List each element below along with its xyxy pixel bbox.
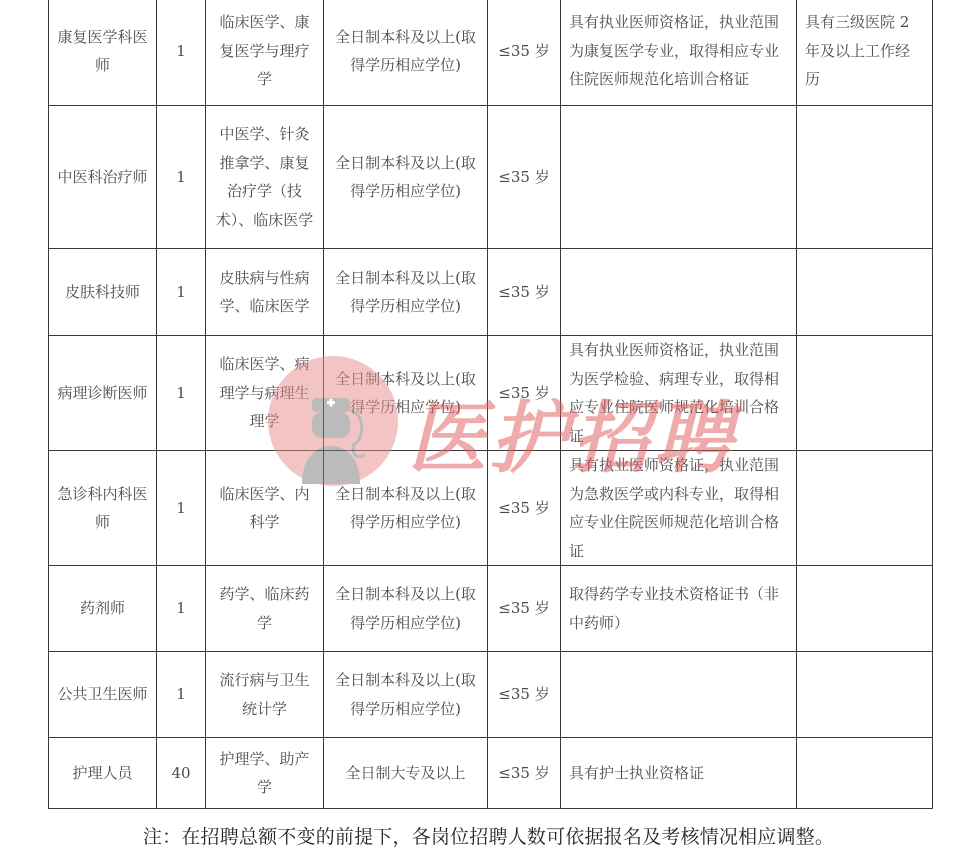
count-cell: 1 bbox=[157, 652, 206, 738]
other-cell bbox=[797, 451, 933, 566]
education-cell: 全日制本科及以上(取得学历相应学位) bbox=[324, 652, 488, 738]
major-cell: 临床医学、病理学与病理生理学 bbox=[206, 336, 324, 451]
age-cell: ≤35 岁 bbox=[488, 0, 561, 106]
position-cell: 康复医学科医师 bbox=[49, 0, 157, 106]
recruitment-document: 康复医学科医师 1 临床医学、康复医学与理疗学 全日制本科及以上(取得学历相应学… bbox=[0, 0, 977, 860]
count-cell: 40 bbox=[157, 738, 206, 809]
education-cell: 全日制本科及以上(取得学历相应学位) bbox=[324, 451, 488, 566]
other-cell bbox=[797, 249, 933, 336]
major-cell: 临床医学、康复医学与理疗学 bbox=[206, 0, 324, 106]
requirements-cell: 具有执业医师资格证，执业范围为康复医学专业，取得相应专业住院医师规范化培训合格证 bbox=[561, 0, 797, 106]
position-cell: 中医科治疗师 bbox=[49, 106, 157, 249]
requirements-cell: 具有执业医师资格证，执业范围为急救医学或内科专业，取得相应专业住院医师规范化培训… bbox=[561, 451, 797, 566]
major-cell: 护理学、助产学 bbox=[206, 738, 324, 809]
table-row: 急诊科内科医师 1 临床医学、内科学 全日制本科及以上(取得学历相应学位) ≤3… bbox=[49, 451, 933, 566]
age-cell: ≤35 岁 bbox=[488, 336, 561, 451]
age-cell: ≤35 岁 bbox=[488, 249, 561, 336]
position-cell: 急诊科内科医师 bbox=[49, 451, 157, 566]
education-cell: 全日制本科及以上(取得学历相应学位) bbox=[324, 336, 488, 451]
major-cell: 药学、临床药学 bbox=[206, 566, 324, 652]
other-cell bbox=[797, 106, 933, 249]
education-cell: 全日制本科及以上(取得学历相应学位) bbox=[324, 249, 488, 336]
requirements-cell bbox=[561, 106, 797, 249]
position-cell: 皮肤科技师 bbox=[49, 249, 157, 336]
education-cell: 全日制大专及以上 bbox=[324, 738, 488, 809]
requirements-cell bbox=[561, 652, 797, 738]
education-cell: 全日制本科及以上(取得学历相应学位) bbox=[324, 0, 488, 106]
position-cell: 病理诊断医师 bbox=[49, 336, 157, 451]
count-cell: 1 bbox=[157, 249, 206, 336]
table-row: 护理人员 40 护理学、助产学 全日制大专及以上 ≤35 岁 具有护士执业资格证 bbox=[49, 738, 933, 809]
major-cell: 皮肤病与性病学、临床医学 bbox=[206, 249, 324, 336]
age-cell: ≤35 岁 bbox=[488, 738, 561, 809]
major-cell: 临床医学、内科学 bbox=[206, 451, 324, 566]
major-cell: 中医学、针灸推拿学、康复治疗学（技术）、临床医学 bbox=[206, 106, 324, 249]
table-row: 康复医学科医师 1 临床医学、康复医学与理疗学 全日制本科及以上(取得学历相应学… bbox=[49, 0, 933, 106]
age-cell: ≤35 岁 bbox=[488, 652, 561, 738]
count-cell: 1 bbox=[157, 0, 206, 106]
count-cell: 1 bbox=[157, 106, 206, 249]
age-cell: ≤35 岁 bbox=[488, 106, 561, 249]
major-cell: 流行病与卫生统计学 bbox=[206, 652, 324, 738]
age-cell: ≤35 岁 bbox=[488, 566, 561, 652]
education-cell: 全日制本科及以上(取得学历相应学位) bbox=[324, 106, 488, 249]
requirements-cell: 取得药学专业技术资格证书（非中药师） bbox=[561, 566, 797, 652]
count-cell: 1 bbox=[157, 336, 206, 451]
table-row: 病理诊断医师 1 临床医学、病理学与病理生理学 全日制本科及以上(取得学历相应学… bbox=[49, 336, 933, 451]
requirements-cell bbox=[561, 249, 797, 336]
requirements-cell: 具有护士执业资格证 bbox=[561, 738, 797, 809]
other-cell bbox=[797, 652, 933, 738]
footnote: 注：在招聘总额不变的前提下，各岗位招聘人数可依据报名及考核情况相应调整。 bbox=[0, 822, 977, 849]
position-cell: 护理人员 bbox=[49, 738, 157, 809]
requirements-cell: 具有执业医师资格证，执业范围为医学检验、病理专业，取得相应专业住院医师规范化培训… bbox=[561, 336, 797, 451]
count-cell: 1 bbox=[157, 451, 206, 566]
position-cell: 公共卫生医师 bbox=[49, 652, 157, 738]
table-row: 药剂师 1 药学、临床药学 全日制本科及以上(取得学历相应学位) ≤35 岁 取… bbox=[49, 566, 933, 652]
position-cell: 药剂师 bbox=[49, 566, 157, 652]
table-row: 公共卫生医师 1 流行病与卫生统计学 全日制本科及以上(取得学历相应学位) ≤3… bbox=[49, 652, 933, 738]
table-row: 中医科治疗师 1 中医学、针灸推拿学、康复治疗学（技术）、临床医学 全日制本科及… bbox=[49, 106, 933, 249]
table-row: 皮肤科技师 1 皮肤病与性病学、临床医学 全日制本科及以上(取得学历相应学位) … bbox=[49, 249, 933, 336]
other-cell bbox=[797, 566, 933, 652]
other-cell bbox=[797, 738, 933, 809]
age-cell: ≤35 岁 bbox=[488, 451, 561, 566]
recruitment-table: 康复医学科医师 1 临床医学、康复医学与理疗学 全日制本科及以上(取得学历相应学… bbox=[48, 0, 933, 809]
education-cell: 全日制本科及以上(取得学历相应学位) bbox=[324, 566, 488, 652]
other-cell bbox=[797, 336, 933, 451]
other-cell: 具有三级医院 2 年及以上工作经历 bbox=[797, 0, 933, 106]
count-cell: 1 bbox=[157, 566, 206, 652]
